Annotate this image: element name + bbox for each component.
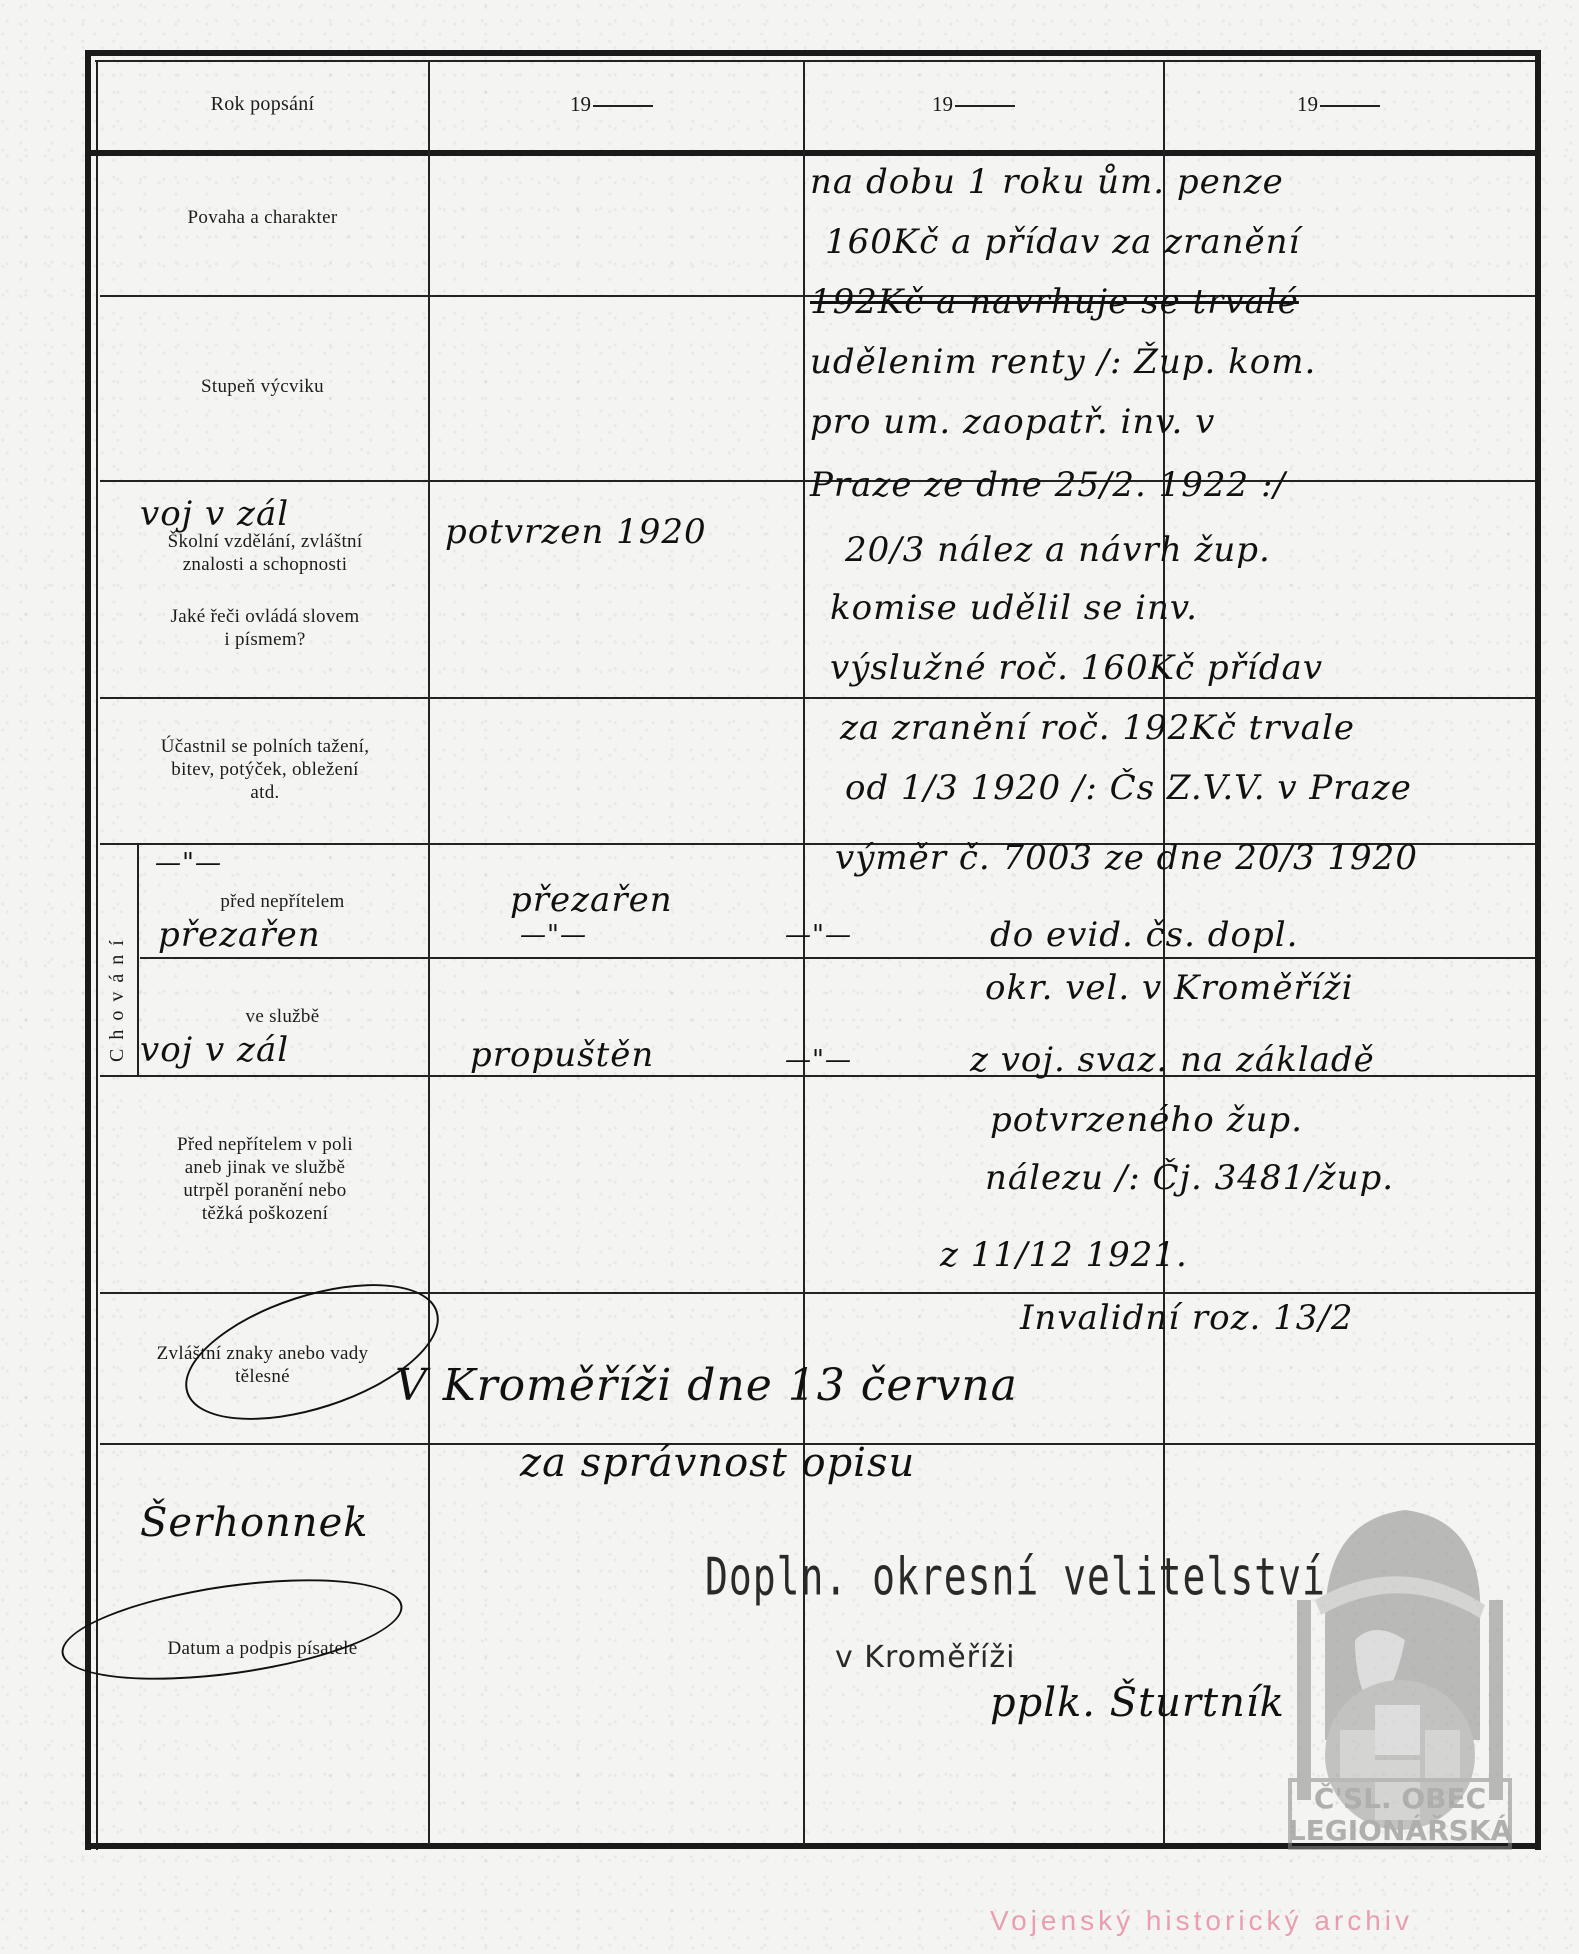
hw-line: z 11/12 1921. (940, 1235, 1188, 1275)
hw-line: na dobu 1 roku ům. penze (810, 162, 1284, 202)
label-poraneni-4: těžká poškození (115, 1202, 415, 1225)
watermark-line1: Č'SL. OBEC (1285, 1782, 1515, 1815)
signature-flourish-icon (169, 1257, 455, 1447)
hw-closing-place-date: V Kroměříži dne 13 června (395, 1360, 1018, 1411)
hw-line: nálezu /: Čj. 3481/žup. (985, 1158, 1394, 1198)
writer-signature-flourish-icon (55, 1561, 408, 1697)
legion-watermark-logo: Č'SL. OBEC LEGIONÁŘSKÁ (1285, 1490, 1515, 1850)
table-left-border (85, 50, 91, 1850)
label-skolni-2: znalosti a schopnosti (115, 553, 415, 576)
hw-col2-pred-nepritelem: přezařen (510, 880, 673, 920)
chovani-subcolumn-divider (137, 843, 139, 1075)
label-tazeni-1: Účastnil se polních tažení, (115, 735, 415, 758)
label-stupen: Stupeň výcviku (100, 375, 425, 398)
header-rok-popsani: Rok popsání (100, 93, 425, 116)
year-column-1: 19 (570, 92, 653, 117)
hw-col1-ditto: —"— (155, 848, 222, 878)
hw-line: okr. vel. v Kroměříži (985, 968, 1353, 1008)
hw-col2-ditto: —"— (520, 920, 587, 950)
hw-line: udělenim renty /: Žup. kom. (810, 342, 1316, 382)
row-divider-skolni (100, 697, 1535, 699)
label-reci-2: i písmem? (115, 628, 415, 651)
hw-line: od 1/3 1920 /: Čs Z.V.V. v Praze (845, 768, 1412, 808)
hw-line: potvrzeného žup. (990, 1100, 1303, 1140)
label-povaha: Povaha a charakter (100, 206, 425, 229)
hw-line: z voj. svaz. na základě (970, 1040, 1375, 1080)
hw-col1-pred-nepritelem: přezařen (158, 915, 321, 955)
hw-line-struck: 192Kč a navrhuje se trvalé (810, 282, 1299, 322)
table-right-border (1535, 50, 1541, 1850)
hw-line: výměr č. 7003 ze dne 20/3 1920 (835, 838, 1418, 878)
hw-closing-certification: za správnost opisu (520, 1440, 915, 1486)
hw-line: pro um. zaopatř. inv. v (810, 402, 1215, 442)
hw-line: 160Kč a přídav za zranění (825, 222, 1300, 262)
archive-red-stamp: Vojenský historický archiv (990, 1905, 1413, 1937)
hw-col2-skolni: potvrzen 1920 (445, 512, 707, 552)
writer-signature: Šerhonnek (140, 1500, 368, 1546)
label-pred-nepritelem: před nepřítelem (140, 890, 425, 913)
col-divider-1 (428, 60, 430, 1845)
year-column-2: 19 (932, 92, 1015, 117)
hw-col3-ditto-2: —"— (785, 1045, 852, 1075)
year-column-3: 19 (1297, 92, 1380, 117)
stamp-line2: v Kroměříži (835, 1640, 1015, 1675)
stamp-line1: Dopln. okresní velitelství (705, 1547, 1326, 1606)
hw-line: komise udělil se inv. (830, 588, 1198, 628)
watermark-line2: LEGIONÁŘSKÁ (1285, 1814, 1515, 1847)
label-poraneni-2: aneb jinak ve službě (115, 1156, 415, 1179)
label-poraneni-3: utrpěl poranění nebo (115, 1179, 415, 1202)
label-chovani-group: Chování (106, 862, 129, 1062)
table-left-inner-border (96, 60, 98, 1850)
table-top-inner-border (95, 60, 1535, 62)
label-poraneni-1: Před nepřítelem v poli (115, 1133, 415, 1156)
header-bottom-border (85, 150, 1540, 156)
label-reci-1: Jaké řeči ovládá slovem (115, 605, 415, 628)
hw-col1-skolni: voj v zál (140, 494, 289, 534)
hw-line: 20/3 nález a návrh žup. (845, 530, 1271, 570)
hw-col1-ve-sluzbe: voj v zál (140, 1030, 289, 1070)
label-ve-sluzbe: ve službě (140, 1005, 425, 1028)
row-divider-pred-nepritelem (140, 957, 1535, 959)
hw-line: Praze ze dne 25/2. 1922 :/ (810, 465, 1286, 505)
label-tazeni-3: atd. (115, 781, 415, 804)
hw-line: výslužné roč. 160Kč přídav (830, 648, 1323, 688)
table-top-border (85, 50, 1540, 56)
hw-col3-ditto-1: —"— (785, 920, 852, 950)
hw-line: do evid. čs. dopl. (990, 915, 1298, 955)
hw-col2-ve-sluzbe: propuštěn (470, 1035, 654, 1075)
officer-signature: pplk. Šturtník (990, 1680, 1285, 1726)
hw-line: za zranění roč. 192Kč trvale (840, 708, 1355, 748)
hw-line: Invalidní roz. 13/2 (1020, 1298, 1354, 1338)
label-tazeni-2: bitev, potýček, obležení (115, 758, 415, 781)
